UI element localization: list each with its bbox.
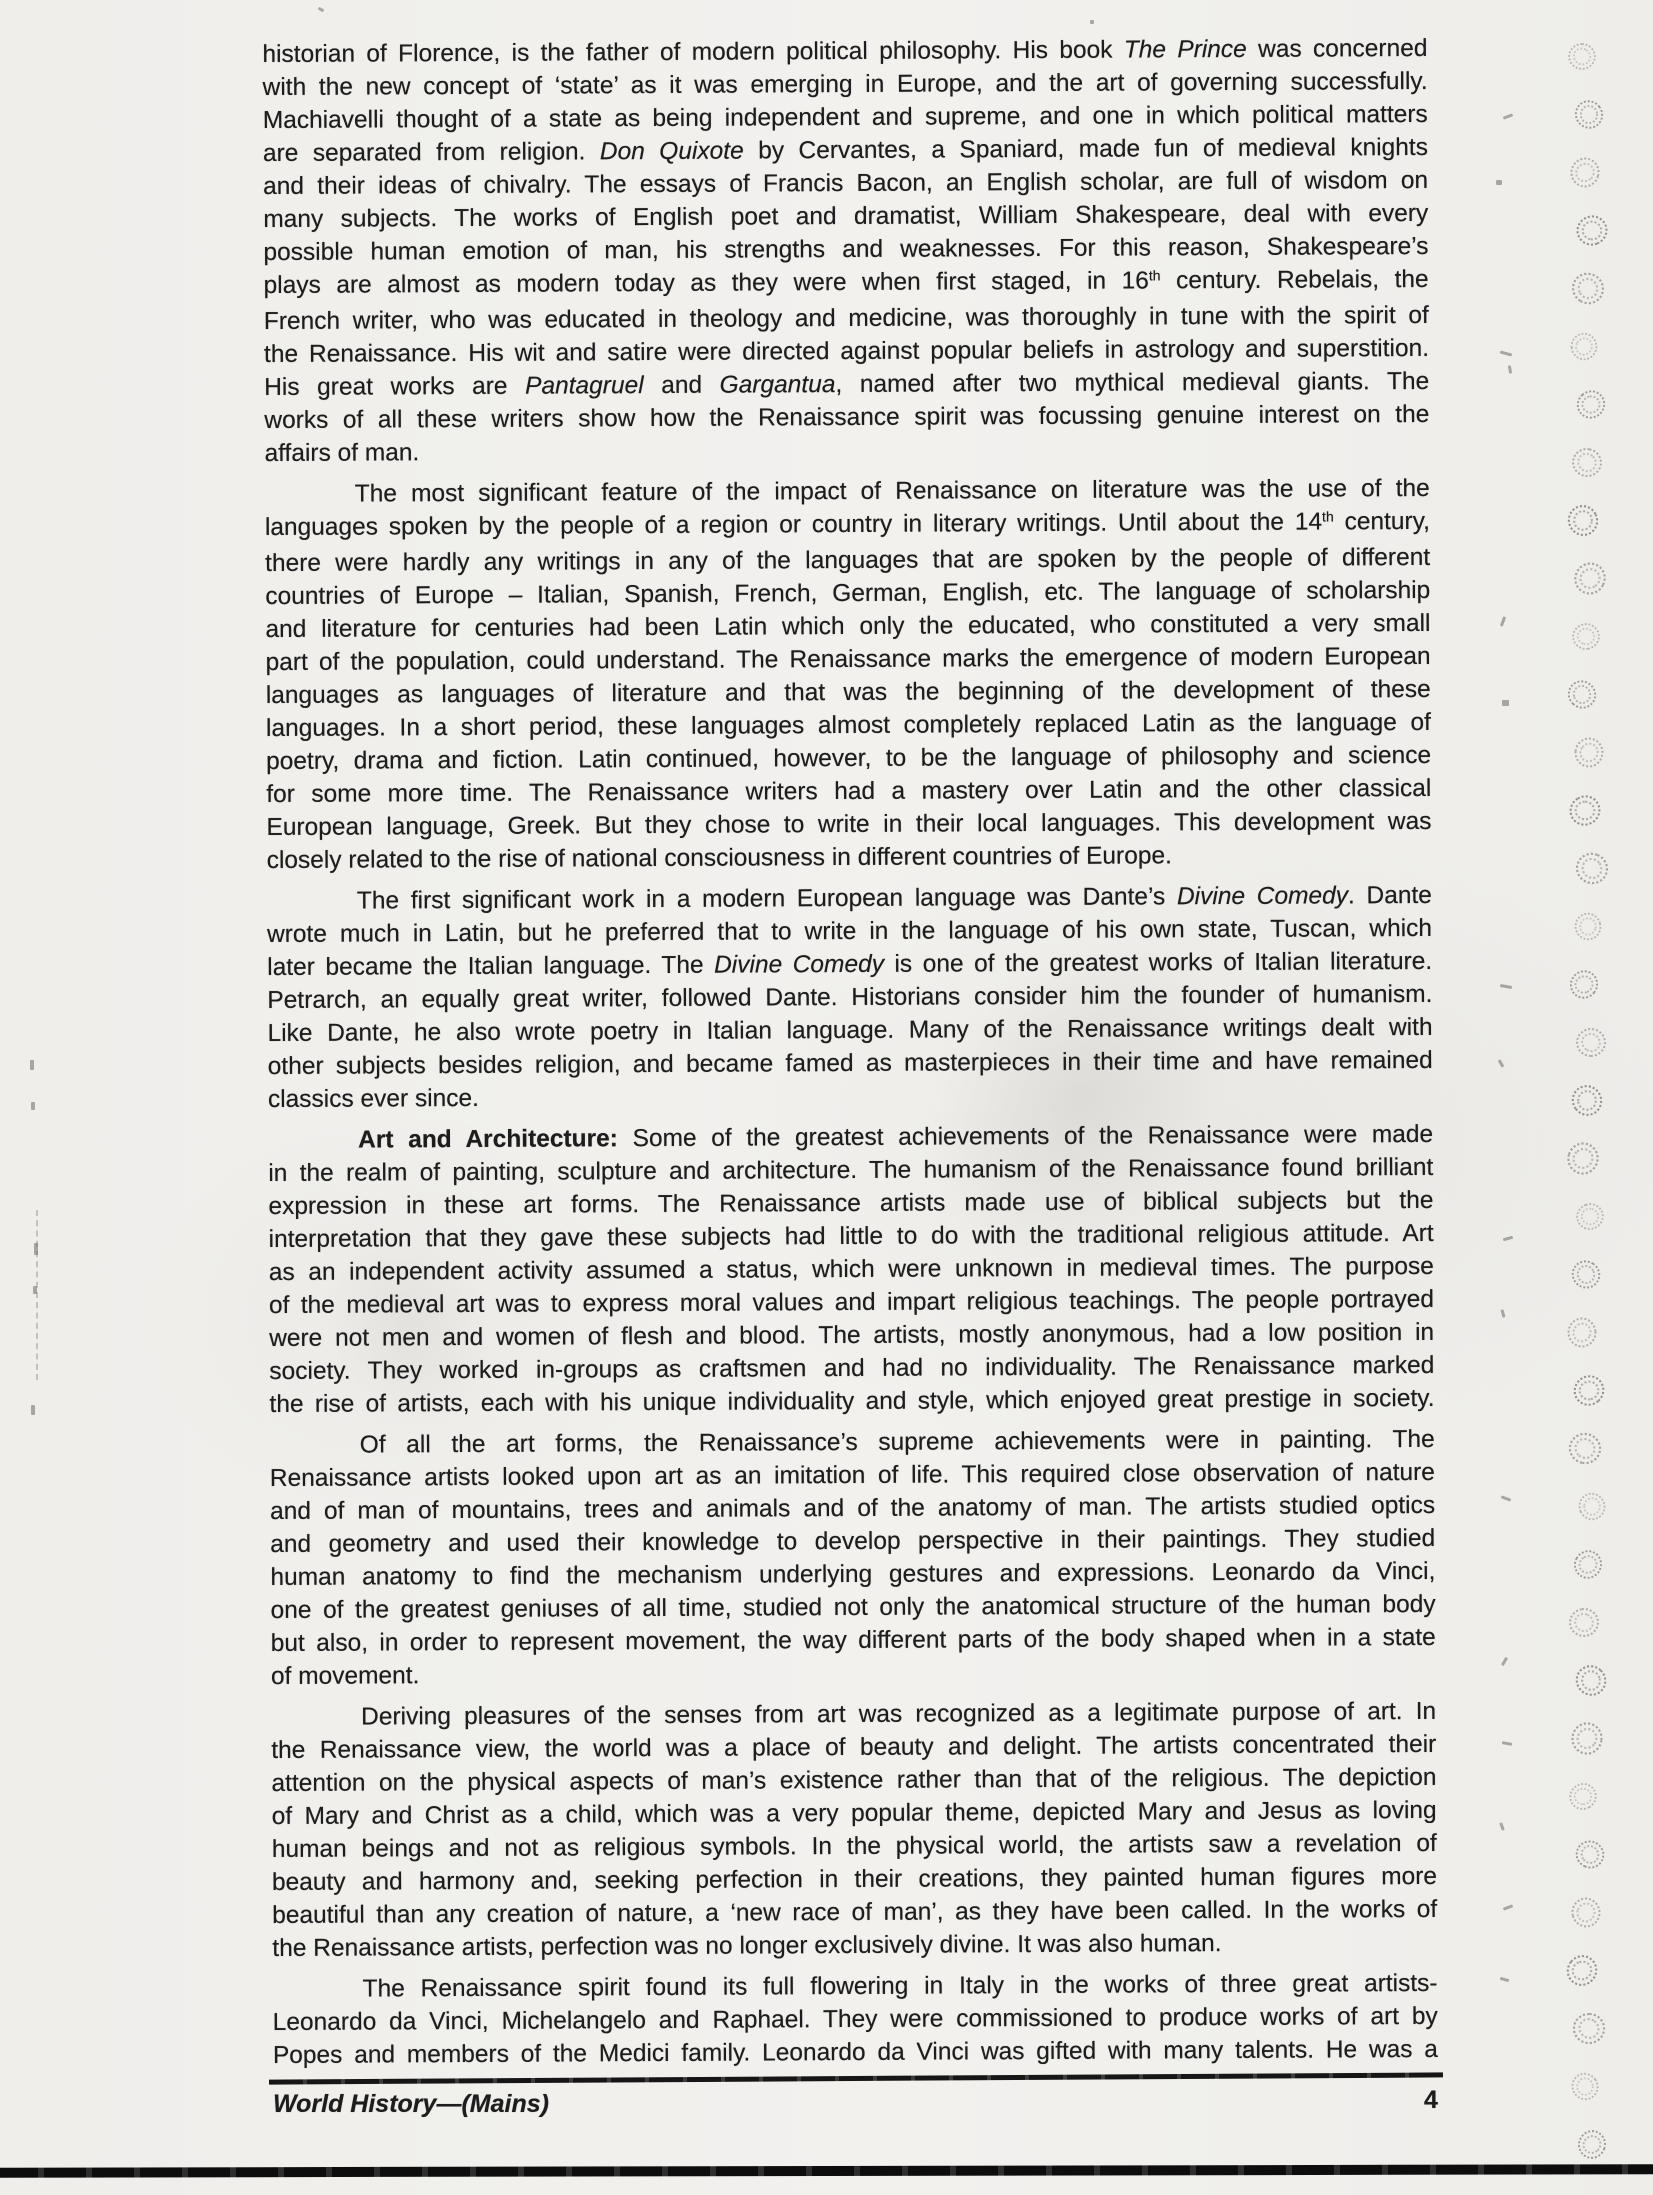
scan-speck: [1496, 180, 1502, 185]
scan-speck: [1499, 1822, 1505, 1831]
text-line: affairs of man.: [264, 431, 1429, 470]
scan-speck: [31, 1102, 35, 1110]
scan-speck: [1500, 616, 1506, 626]
scan-speck: [1500, 350, 1512, 356]
text-line: the Renaissance artists, perfection was …: [272, 1926, 1437, 1965]
binding-hole: [1567, 1369, 1610, 1412]
binding-hole: [1560, 1949, 1603, 1992]
binding-hole: [1563, 1138, 1602, 1178]
binding-hole: [1576, 1028, 1607, 1058]
paragraph: Of all the art forms, the Renaissance’s …: [270, 1423, 1436, 1693]
text-line: closely related to the rise of national …: [267, 838, 1432, 877]
text-line: plays are almost as modern today as they…: [264, 263, 1429, 305]
binding-hole: [1574, 2127, 1609, 2163]
paragraph: Art and Architecture: Some of the greate…: [268, 1118, 1435, 1421]
text-line: but also, in order to represent movement…: [271, 1621, 1436, 1660]
paragraph: The Renaissance spirit found its full fl…: [272, 1967, 1438, 2072]
binding-hole: [1569, 1659, 1612, 1702]
text-line: the rise of artists, each with his uniqu…: [269, 1382, 1434, 1421]
binding-hole: [1569, 95, 1609, 135]
text-line: works of all these writers show how the …: [264, 398, 1429, 437]
binding-hole: [1564, 965, 1604, 1005]
text-line: beautiful than any creation of nature, a…: [272, 1893, 1437, 1932]
scan-speck: [1503, 113, 1513, 119]
scan-bottom-edge: [0, 2164, 1653, 2177]
binding-hole: [1571, 1836, 1608, 1873]
scan-speck: [33, 1286, 37, 1294]
binding-hole: [1569, 1545, 1607, 1583]
binding-hole: [1572, 2012, 1605, 2044]
text-line: languages spoken by the people of a regi…: [265, 505, 1430, 547]
text-line: other subjects besides religion, and bec…: [268, 1044, 1433, 1083]
text-line: European language, Greek. But they chose…: [266, 805, 1431, 844]
paragraph: The most significant feature of the impa…: [265, 472, 1432, 877]
paragraph: historian of Florence, is the father of …: [262, 32, 1429, 470]
binding-hole: [1568, 1894, 1603, 1930]
scan-speck: [34, 1243, 38, 1255]
left-margin-crease: [36, 1210, 38, 1380]
binding-hole: [1572, 910, 1605, 944]
binding-hole: [1566, 1317, 1597, 1349]
paragraph: Deriving pleasures of the senses from ar…: [271, 1695, 1437, 1965]
scan-speck: [1502, 700, 1509, 706]
scan-speck: [1090, 20, 1094, 24]
binding-hole: [1566, 1430, 1604, 1467]
binding-hole: [1569, 557, 1612, 600]
binding-hole: [1572, 211, 1612, 250]
binding-hole: [1567, 154, 1603, 191]
binding-hole: [1571, 848, 1613, 889]
binding-hole: [1562, 674, 1602, 714]
binding-hole: [1563, 500, 1604, 541]
footer-title: World History—(Mains): [273, 2090, 549, 2119]
scan-speck: [1508, 365, 1512, 373]
scan-speck: [1500, 984, 1512, 989]
binding-hole: [1572, 1199, 1607, 1234]
scan-speck: [1503, 1236, 1513, 1241]
scan-speck: [1501, 1657, 1508, 1666]
binding-hole: [1569, 1721, 1604, 1757]
scan-speck: [30, 1060, 34, 1070]
text-line: of movement.: [271, 1654, 1436, 1693]
binding-hole: [1570, 621, 1602, 652]
binding-hole: [1564, 1778, 1601, 1815]
footer-rule: [269, 2072, 1443, 2084]
paragraph: The first significant work in a modern E…: [267, 879, 1433, 1116]
binding-hole: [1564, 790, 1606, 832]
binding-hole: [1573, 736, 1605, 769]
binding-hole: [1566, 1079, 1609, 1122]
text-line: classics ever since.: [268, 1077, 1433, 1116]
binding-hole: [1571, 385, 1611, 425]
scan-speck: [1501, 1309, 1506, 1318]
text-line: Popes and members of the Medici family. …: [273, 2033, 1438, 2072]
scanned-page: historian of Florence, is the father of …: [0, 0, 1653, 2195]
scan-speck: [1500, 1977, 1509, 1982]
binding-hole: [1570, 332, 1599, 362]
binding-hole: [1567, 1606, 1601, 1639]
scan-speck: [318, 7, 325, 13]
page-number: 4: [1424, 2086, 1438, 2115]
scan-speck: [1498, 1059, 1505, 1067]
binding-hole: [1566, 1255, 1605, 1294]
scan-speck: [1501, 1495, 1511, 1501]
binding-hole: [1566, 2068, 1604, 2106]
binding-hole: [1568, 43, 1596, 70]
binding-hole: [1570, 445, 1605, 479]
scan-speck: [1503, 1904, 1513, 1910]
body-text: historian of Florence, is the father of …: [262, 32, 1438, 2072]
binding-hole: [1574, 1488, 1610, 1524]
binding-hole: [1566, 267, 1610, 311]
scan-speck: [31, 1405, 35, 1415]
scan-speck: [1502, 1741, 1512, 1746]
